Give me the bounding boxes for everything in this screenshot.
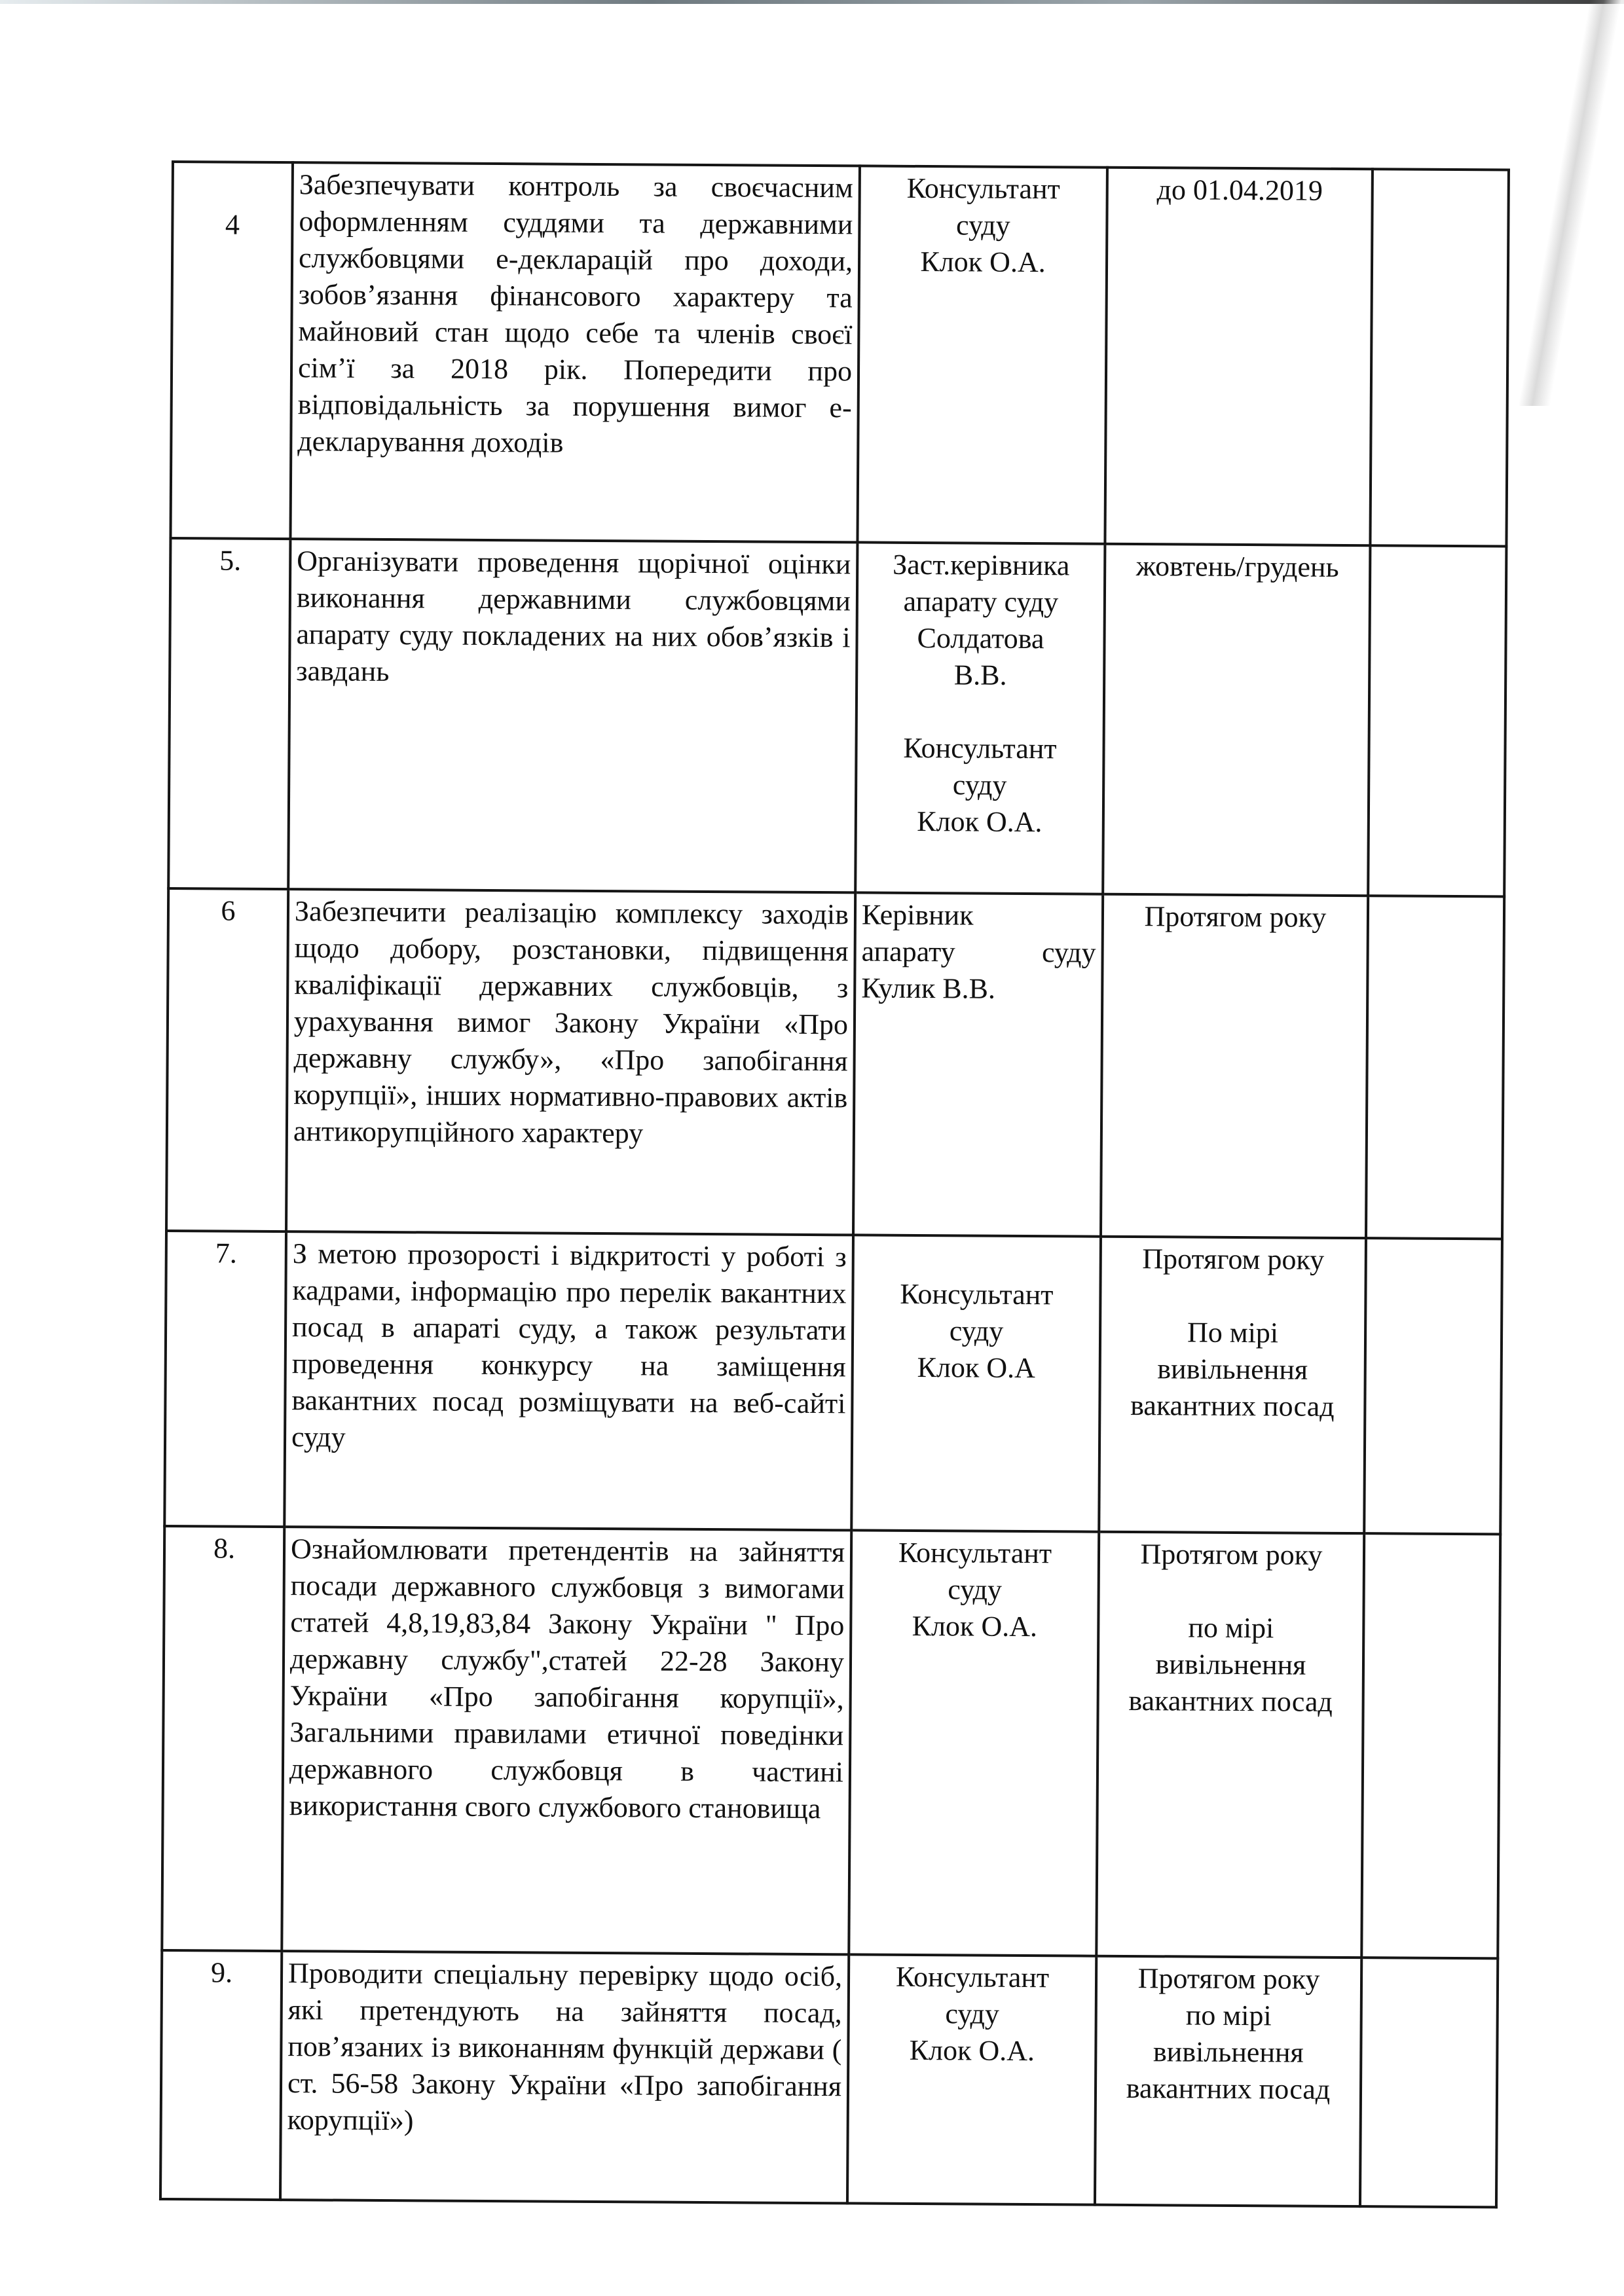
- row-term: Протягом року по мірі вивільнення вакант…: [1095, 1956, 1361, 2206]
- row-number: 9.: [160, 1950, 282, 2200]
- responsible-line: суду: [866, 206, 1100, 244]
- responsible-line: Клок О.А.: [857, 1607, 1092, 1645]
- term-line: жовтень/грудень: [1111, 548, 1363, 586]
- line-gap: [863, 693, 1098, 731]
- row-responsible: Консультант суду Клок О.А.: [857, 166, 1107, 543]
- row-note: [1368, 545, 1506, 896]
- responsible-line: Заст.керівника: [864, 546, 1098, 584]
- row-note: [1370, 169, 1509, 546]
- term-line: вивільнення: [1105, 1646, 1357, 1684]
- term-line: вакантних посад: [1102, 2070, 1354, 2108]
- responsible-line: Солдатова: [863, 619, 1098, 657]
- row-number: 7.: [164, 1231, 286, 1527]
- term-line: по мірі: [1103, 1997, 1355, 2035]
- row-term: жовтень/грудень: [1103, 544, 1370, 896]
- responsible-line: Консультант: [859, 1275, 1094, 1313]
- table-row: 5. Організувати проведення щорічної оцін…: [168, 538, 1506, 896]
- responsible-line: Клок О.А.: [862, 803, 1097, 841]
- responsible-line: В.В.: [863, 656, 1098, 694]
- line-gap: [860, 1239, 1094, 1277]
- term-line: вивільнення: [1102, 2033, 1354, 2071]
- row-responsible: Заст.керівника апарату суду Солдатова В.…: [855, 542, 1105, 894]
- responsible-line: Консультант: [858, 1534, 1092, 1572]
- responsible-line: суду: [858, 1571, 1092, 1609]
- row-term: Протягом року: [1101, 894, 1368, 1238]
- responsible-line: суду: [859, 1312, 1094, 1350]
- table-row: 7. З метою прозорості і відкритості у ро…: [164, 1231, 1502, 1534]
- responsible-line: Клок О.А.: [866, 243, 1100, 281]
- row-number: 6: [166, 888, 288, 1231]
- responsible-line: апарату суду: [864, 583, 1098, 621]
- line-gap: [1105, 1573, 1357, 1611]
- row-note: [1366, 896, 1504, 1239]
- term-line: по мірі: [1105, 1609, 1357, 1647]
- row-note: [1360, 1958, 1498, 2207]
- responsible-line: суду: [855, 1995, 1090, 2033]
- row-task: Проводити спеціальну перевірку щодо осіб…: [280, 1951, 849, 2203]
- document-page: 4 Забезпечувати контроль за своєчасним о…: [0, 0, 1624, 2296]
- term-line: Протягом року: [1109, 898, 1361, 936]
- row-task: Ознайомлювати претендентів на зайняття п…: [282, 1527, 851, 1954]
- row-task: Забезпечити реалізацію комплексу заходів…: [286, 889, 855, 1235]
- responsible-line: Клок О.А: [859, 1349, 1094, 1387]
- term-line: Протягом року: [1107, 1241, 1359, 1279]
- row-task: Організувати проведення щорічної оцінки …: [288, 539, 857, 892]
- row-number: 4: [170, 162, 293, 539]
- table-row: 9. Проводити спеціальну перевірку щодо о…: [160, 1950, 1498, 2207]
- row-responsible: Консультант суду Клок О.А.: [847, 1954, 1096, 2204]
- responsible-line: суду: [862, 766, 1097, 804]
- table-row: 8. Ознайомлювати претендентів на зайнятт…: [162, 1526, 1500, 1958]
- row-responsible: Консультант суду Клок О.А.: [849, 1530, 1099, 1956]
- term-line: По мірі: [1107, 1314, 1359, 1352]
- responsible-line: Керівник: [862, 896, 1096, 934]
- term-line: Протягом року: [1103, 1960, 1355, 1998]
- row-task: Забезпечувати контроль за своєчасним офо…: [290, 162, 859, 542]
- term-line: вакантних посад: [1106, 1387, 1358, 1425]
- responsible-line: Консультант: [862, 729, 1097, 767]
- line-gap: [1107, 1277, 1359, 1315]
- term-line: до 01.04.2019: [1114, 172, 1366, 210]
- term-line: вивільнення: [1107, 1351, 1359, 1389]
- row-term: до 01.04.2019: [1105, 168, 1373, 545]
- responsible-line: апарату суду: [861, 933, 1096, 971]
- row-responsible: Керівник апарату суду Кулик В.В.: [853, 892, 1103, 1236]
- table-row: 6 Забезпечити реалізацію комплексу заход…: [166, 888, 1504, 1239]
- row-term: Протягом року По мірі вивільнення вакант…: [1099, 1237, 1366, 1533]
- row-note: [1361, 1533, 1500, 1958]
- row-term: Протягом року по мірі вивільнення вакант…: [1096, 1532, 1364, 1958]
- row-task: З метою прозорості і відкритості у робот…: [284, 1231, 853, 1530]
- table-row: 4 Забезпечувати контроль за своєчасним о…: [170, 162, 1508, 546]
- responsible-line: Клок О.А.: [855, 2032, 1089, 2069]
- row-note: [1364, 1238, 1502, 1534]
- row-number: 5.: [168, 538, 290, 889]
- responsible-line: Консультант: [855, 1958, 1090, 1996]
- row-number: 8.: [162, 1526, 284, 1951]
- measures-table: 4 Забезпечувати контроль за своєчасним о…: [159, 160, 1510, 2208]
- responsible-line: Кулик В.В.: [861, 970, 1096, 1008]
- term-line: Протягом року: [1105, 1536, 1357, 1574]
- term-line: вакантних посад: [1104, 1683, 1356, 1721]
- responsible-line: Консультант: [866, 170, 1101, 208]
- row-responsible: Консультант суду Клок О.А: [851, 1235, 1101, 1531]
